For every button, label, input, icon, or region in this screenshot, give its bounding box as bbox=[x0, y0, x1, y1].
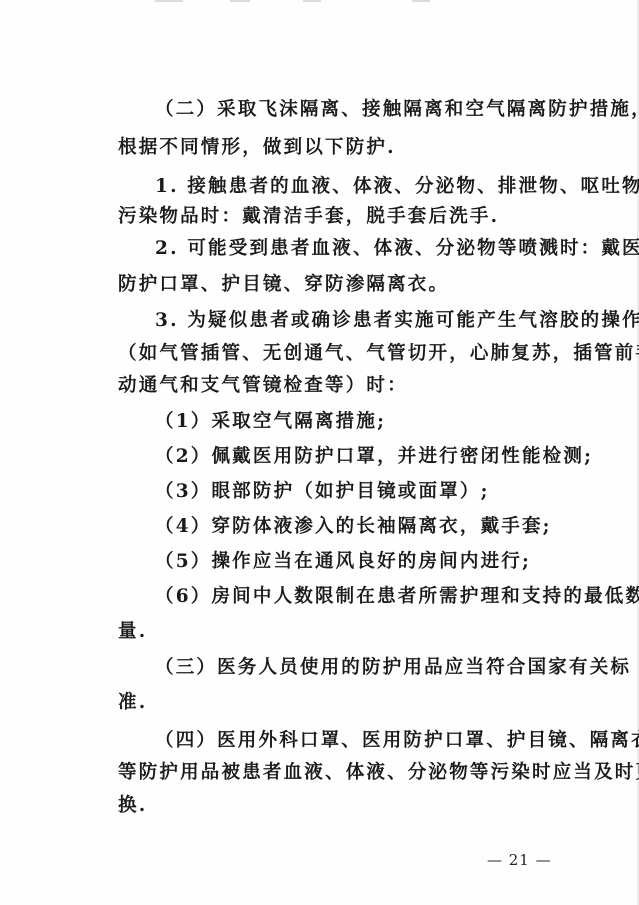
section-3-line-2: 准. bbox=[118, 691, 147, 715]
section-2-line-2: 根据不同情形，做到以下防护. bbox=[118, 136, 396, 160]
sub-item-3: （3）眼部防护（如护目镜或面罩）; bbox=[155, 480, 490, 504]
item-3-line-3: 动通气和支气管镜检查等）时： bbox=[118, 374, 408, 398]
item-1-line-2: 污染物品时：戴清洁手套，脱手套后洗手. bbox=[118, 205, 499, 229]
item-1-line-1: 1. 接触患者的血液、体液、分泌物、排泄物、呕吐物及 bbox=[155, 175, 639, 199]
section-3-line-1: （三）医务人员使用的防护用品应当符合国家有关标 bbox=[155, 656, 631, 680]
sub-item-2: （2）佩戴医用防护口罩，并进行密闭性能检测; bbox=[155, 445, 593, 469]
sub-item-1: （1）采取空气隔离措施; bbox=[155, 410, 386, 434]
section-4-line-2: 等防护用品被患者血液、体液、分泌物等污染时应当及时更 bbox=[118, 761, 639, 785]
scan-top-marks bbox=[0, 0, 639, 3]
item-3-line-2: （如气管插管、无创通气、气管切开，心肺复苏，插管前手 bbox=[118, 342, 639, 366]
sub-item-6-line-2: 量. bbox=[118, 620, 147, 644]
item-2-line-1: 2. 可能受到患者血液、体液、分泌物等喷溅时：戴医用 bbox=[155, 237, 639, 261]
section-4-line-1: （四）医用外科口罩、医用防护口罩、护目镜、隔离衣 bbox=[155, 729, 639, 753]
sub-item-6-line-1: （6）房间中人数限制在患者所需护理和支持的最低数 bbox=[155, 585, 639, 609]
section-2-line-1: （二）采取飞沫隔离、接触隔离和空气隔离防护措施， bbox=[155, 98, 639, 122]
sub-item-4: （4）穿防体液渗入的长袖隔离衣，戴手套; bbox=[155, 515, 552, 539]
document-page: （二）采取飞沫隔离、接触隔离和空气隔离防护措施， 根据不同情形，做到以下防护. … bbox=[0, 0, 639, 905]
page-number: — 21 — bbox=[487, 851, 552, 869]
item-3-line-1: 3. 为疑似患者或确诊患者实施可能产生气溶胶的操作 bbox=[155, 309, 639, 333]
item-2-line-2: 防护口罩、护目镜、穿防渗隔离衣。 bbox=[118, 273, 449, 297]
section-4-line-3: 换. bbox=[118, 794, 147, 818]
sub-item-5: （5）操作应当在通风良好的房间内进行; bbox=[155, 550, 531, 574]
